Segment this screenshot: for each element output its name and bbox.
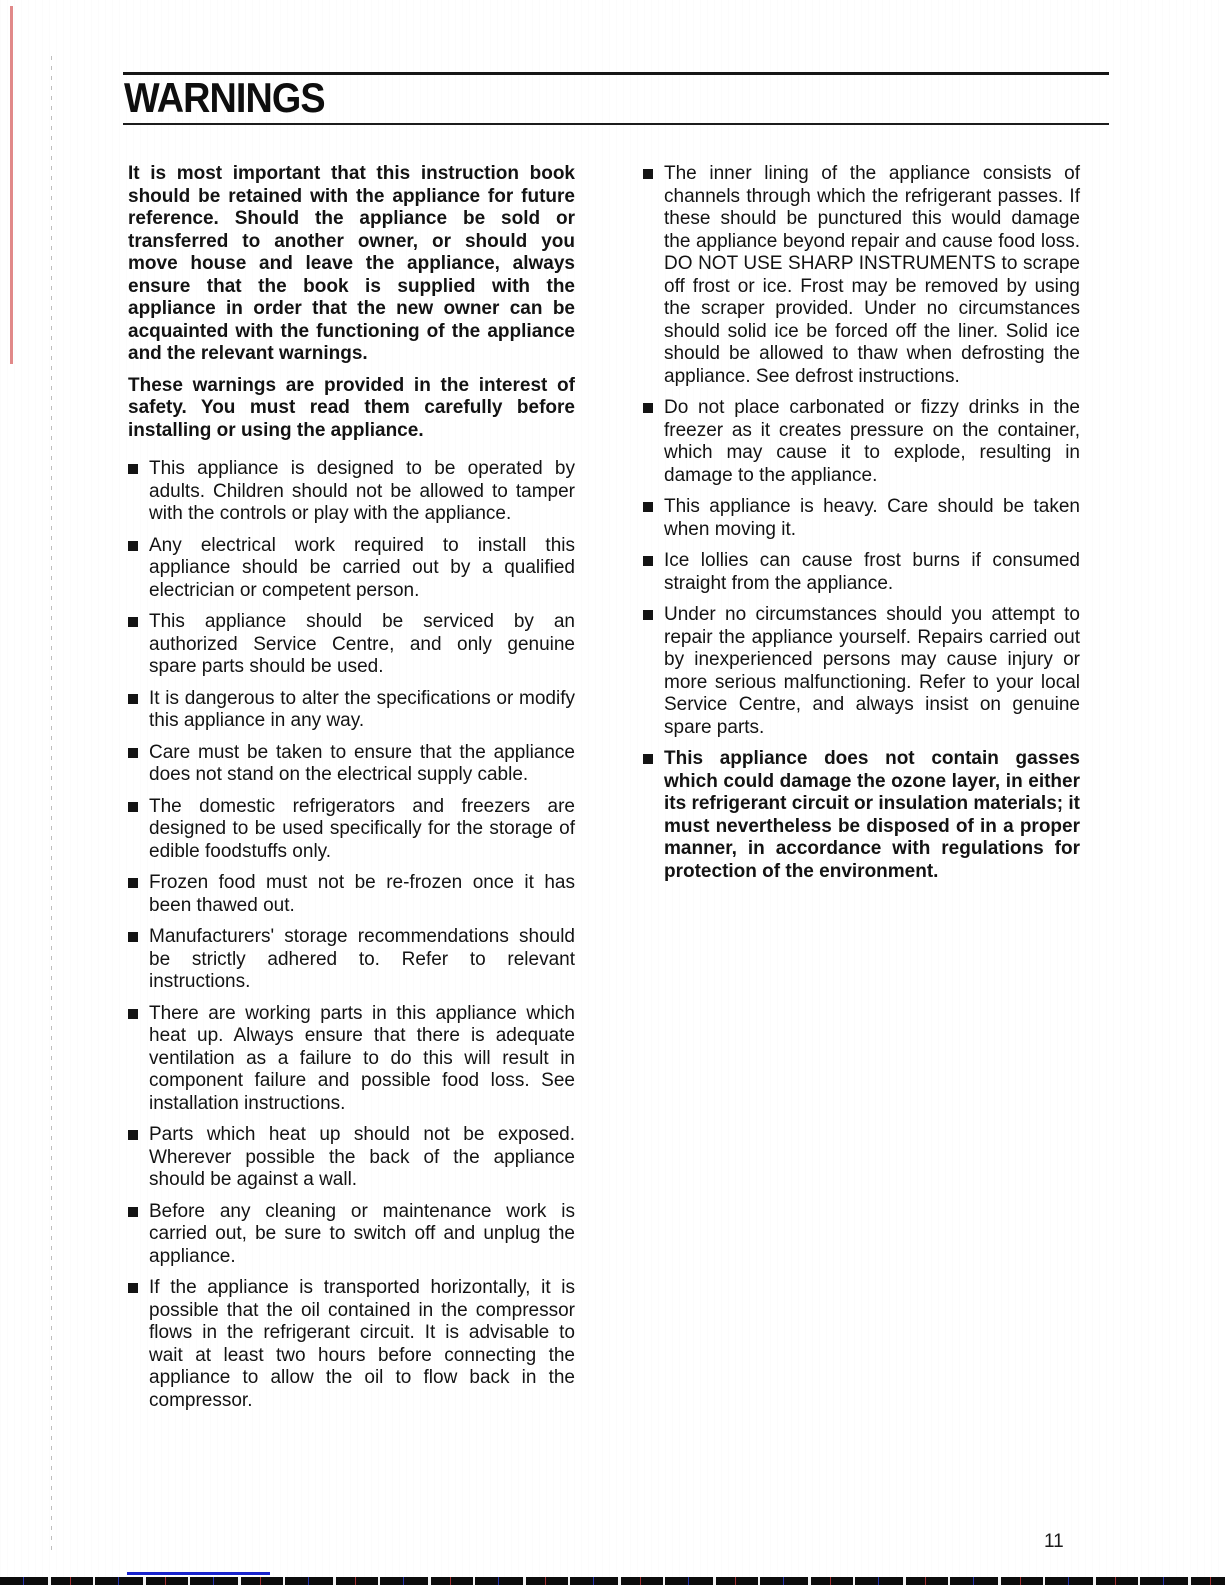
square-bullet-icon xyxy=(128,932,138,942)
square-bullet-icon xyxy=(128,1009,138,1019)
square-bullet-icon xyxy=(643,502,653,512)
warning-item: Do not place carbonated or fizzy drinks … xyxy=(643,397,1080,487)
warning-text: Before any cleaning or maintenance work … xyxy=(149,1201,575,1267)
square-bullet-icon xyxy=(128,464,138,474)
warning-item: Ice lollies can cause frost burns if con… xyxy=(643,550,1080,595)
manual-page: WARNINGS It is most important that this … xyxy=(0,0,1225,1585)
warning-text: Under no circumstances should you attemp… xyxy=(664,604,1080,738)
warning-text: This appliance should be serviced by an … xyxy=(149,611,575,677)
scan-red-edge-artifact xyxy=(10,6,13,364)
square-bullet-icon xyxy=(128,878,138,888)
warning-text: There are working parts in this applianc… xyxy=(149,1003,575,1114)
warning-text: Frozen food must not be re-frozen once i… xyxy=(149,872,575,916)
warning-item: This appliance is heavy. Care should be … xyxy=(643,496,1080,541)
square-bullet-icon xyxy=(128,1130,138,1140)
warning-item: Frozen food must not be re-frozen once i… xyxy=(128,872,575,917)
warning-item: This appliance should be serviced by an … xyxy=(128,611,575,679)
header-rule-bottom xyxy=(123,123,1109,125)
left-column: It is most important that this instructi… xyxy=(128,163,575,1421)
warning-item: Care must be taken to ensure that the ap… xyxy=(128,742,575,787)
warning-text: This appliance does not contain gasses w… xyxy=(664,748,1080,882)
warning-item: Parts which heat up should not be expose… xyxy=(128,1124,575,1192)
page-title: WARNINGS xyxy=(124,78,1011,118)
warning-list-right: The inner lining of the appliance consis… xyxy=(643,163,1080,883)
square-bullet-icon xyxy=(128,1207,138,1217)
square-bullet-icon xyxy=(128,694,138,704)
warning-item: There are working parts in this applianc… xyxy=(128,1003,575,1116)
scan-page-edge-dashed-line xyxy=(51,56,52,1556)
warning-item: Any electrical work required to install … xyxy=(128,535,575,603)
warning-text: It is dangerous to alter the specificati… xyxy=(149,688,575,732)
square-bullet-icon xyxy=(128,748,138,758)
warning-list-left: This appliance is designed to be operate… xyxy=(128,458,575,1412)
warning-item: This appliance is designed to be operate… xyxy=(128,458,575,526)
warning-text: Any electrical work required to install … xyxy=(149,535,575,601)
warning-item: It is dangerous to alter the specificati… xyxy=(128,688,575,733)
page-number: 11 xyxy=(1044,1531,1064,1553)
warning-text: Do not place carbonated or fizzy drinks … xyxy=(664,397,1080,486)
square-bullet-icon xyxy=(643,556,653,566)
square-bullet-icon xyxy=(128,802,138,812)
square-bullet-icon xyxy=(643,754,653,764)
warning-item: If the appliance is transported horizont… xyxy=(128,1277,575,1412)
square-bullet-icon xyxy=(643,403,653,413)
warning-text: The domestic refrigerators and freezers … xyxy=(149,796,575,862)
warning-item: Under no circumstances should you attemp… xyxy=(643,604,1080,739)
intro-paragraph-1: It is most important that this instructi… xyxy=(128,163,575,366)
warning-item-ozone-bold: This appliance does not contain gasses w… xyxy=(643,748,1080,883)
warning-item: The domestic refrigerators and freezers … xyxy=(128,796,575,864)
square-bullet-icon xyxy=(643,169,653,179)
warning-item: The inner lining of the appliance consis… xyxy=(643,163,1080,388)
scan-bottom-edge-artifact xyxy=(0,1577,1225,1585)
warning-text: Parts which heat up should not be expose… xyxy=(149,1124,575,1190)
warning-text: Care must be taken to ensure that the ap… xyxy=(149,742,575,786)
square-bullet-icon xyxy=(128,541,138,551)
warning-text: If the appliance is transported horizont… xyxy=(149,1277,575,1411)
page-header: WARNINGS xyxy=(123,72,1109,125)
warning-text: The inner lining of the appliance consis… xyxy=(664,163,1080,387)
warning-text: Ice lollies can cause frost burns if con… xyxy=(664,550,1080,594)
warning-item: Before any cleaning or maintenance work … xyxy=(128,1201,575,1269)
warning-text: This appliance is designed to be operate… xyxy=(149,458,575,524)
warning-item: Manufacturers' storage recommendations s… xyxy=(128,926,575,994)
square-bullet-icon xyxy=(128,617,138,627)
scan-blue-line-artifact xyxy=(127,1572,270,1575)
warning-text: Manufacturers' storage recommendations s… xyxy=(149,926,575,992)
right-column: The inner lining of the appliance consis… xyxy=(643,163,1080,892)
square-bullet-icon xyxy=(128,1283,138,1293)
warning-text: This appliance is heavy. Care should be … xyxy=(664,496,1080,540)
intro-paragraph-2: These warnings are provided in the inter… xyxy=(128,375,575,443)
square-bullet-icon xyxy=(643,610,653,620)
